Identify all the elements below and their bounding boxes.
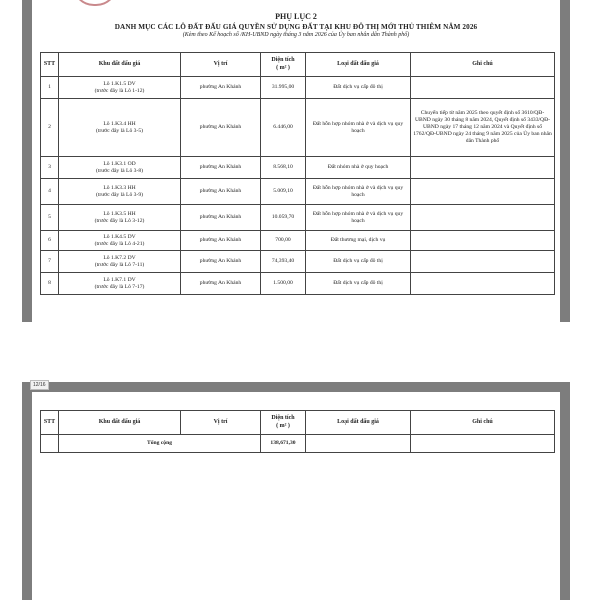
stt-cell: 7 <box>41 251 59 273</box>
lot-cell: Lô 1.K3.4 HH(trước đây là Lô 3-5) <box>59 99 181 157</box>
header-ghi-chu: Ghi chú <box>411 411 555 435</box>
note-cell <box>411 251 555 273</box>
previous-lot-code: (trước đây là Lô 4-21) <box>95 241 145 247</box>
stt-cell: 3 <box>41 157 59 179</box>
pdf-page-2: 12/16 STT Khu đất đấu giá Vị trí Diện tí… <box>22 382 570 600</box>
table-row: 8Lô 1.K7.1 DV(trước đây là Lô 7-17)phườn… <box>41 273 555 295</box>
area-cell: 10.059,70 <box>261 205 306 231</box>
area-cell: 6.446,00 <box>261 99 306 157</box>
lot-code: Lô 1.K3.3 HH <box>103 185 135 191</box>
area-cell: 31.995,00 <box>261 77 306 99</box>
land-type-cell: Đất hỗn hợp nhóm nhà ở và dịch vụ quy ho… <box>306 179 411 205</box>
header-stt: STT <box>41 411 59 435</box>
table-row: 4Lô 1.K3.3 HH(trước đây là Lô 3-9)phường… <box>41 179 555 205</box>
table-header-row: STT Khu đất đấu giá Vị trí Diện tích( m²… <box>41 53 555 77</box>
page-frame-left <box>22 0 32 322</box>
stt-cell: 2 <box>41 99 59 157</box>
total-row: Tổng cộng 138,671,30 <box>41 435 555 453</box>
land-type-cell: Đất dịch vụ cấp đô thị <box>306 77 411 99</box>
note-cell <box>411 179 555 205</box>
land-type-cell: Đất hỗn hợp nhóm nhà ở và dịch vụ quy ho… <box>306 205 411 231</box>
note-cell <box>411 157 555 179</box>
land-type-cell: Đất dịch vụ cấp đô thị <box>306 251 411 273</box>
header-vi-tri: Vị trí <box>181 411 261 435</box>
location-cell: phường An Khánh <box>181 99 261 157</box>
area-cell: 1.500,00 <box>261 273 306 295</box>
stt-cell: 8 <box>41 273 59 295</box>
lot-code: Lô 1.K3.1 OD <box>103 161 135 167</box>
header-dien-tich: Diện tích( m² ) <box>261 53 306 77</box>
lot-cell: Lô 1.K7.2 DV(trước đây là Lô 7-11) <box>59 251 181 273</box>
area-cell: 5.009,10 <box>261 179 306 205</box>
land-type-cell: Đất hỗn hợp nhóm nhà ở và dịch vụ quy ho… <box>306 99 411 157</box>
note-cell: Chuyển tiếp từ năm 2025 theo quyết định … <box>411 99 555 157</box>
table-row: 6Lô 1.K4.5 DV(trước đây là Lô 4-21)phườn… <box>41 231 555 251</box>
header-khu-dat: Khu đất đấu giá <box>59 411 181 435</box>
page-frame-top <box>22 382 570 392</box>
header-khu-dat: Khu đất đấu giá <box>59 53 181 77</box>
previous-lot-code: (trước đây là Lô 3-8) <box>96 168 143 174</box>
stt-cell: 6 <box>41 231 59 251</box>
lot-code: Lô 1.K3.5 HH <box>103 211 135 217</box>
land-type-cell: Đất dịch vụ cấp đô thị <box>306 273 411 295</box>
header-loai-dat: Loại đất đấu giá <box>306 53 411 77</box>
lot-cell: Lô 1.K7.1 DV(trước đây là Lô 7-17) <box>59 273 181 295</box>
location-cell: phường An Khánh <box>181 157 261 179</box>
red-seal-stamp-icon <box>72 0 118 6</box>
lot-code: Lô 1.K7.2 DV <box>103 255 135 261</box>
stt-cell: 5 <box>41 205 59 231</box>
previous-lot-code: (trước đây là Lô 1-12) <box>95 88 145 94</box>
pdf-page-1: PHỤ LỤC 2 DANH MỤC CÁC LÔ ĐẤT ĐẤU GIÁ QU… <box>22 0 570 322</box>
lot-cell: Lô 1.K3.3 HH(trước đây là Lô 3-9) <box>59 179 181 205</box>
stt-cell: 4 <box>41 179 59 205</box>
area-cell: 700,00 <box>261 231 306 251</box>
table-row: 7Lô 1.K7.2 DV(trước đây là Lô 7-11)phườn… <box>41 251 555 273</box>
land-lots-table: STT Khu đất đấu giá Vị trí Diện tích( m²… <box>40 52 555 295</box>
stt-cell: 1 <box>41 77 59 99</box>
header-dien-tich: Diện tích( m² ) <box>261 411 306 435</box>
location-cell: phường An Khánh <box>181 231 261 251</box>
note-cell <box>411 77 555 99</box>
previous-lot-code: (trước đây là Lô 7-17) <box>95 284 145 290</box>
note-cell <box>411 205 555 231</box>
lot-code: Lô 1.K7.1 DV <box>103 277 135 283</box>
document-subtitle: (Kèm theo Kế hoạch số /KH-UBND ngày thán… <box>22 32 570 38</box>
page-frame-right <box>560 382 570 600</box>
header-vi-tri: Vị trí <box>181 53 261 77</box>
page-number-indicator: 12/16 <box>30 380 49 390</box>
header-loai-dat: Loại đất đấu giá <box>306 411 411 435</box>
table-row: 2Lô 1.K3.4 HH(trước đây là Lô 3-5)phường… <box>41 99 555 157</box>
area-cell: 74,393,40 <box>261 251 306 273</box>
lot-cell: Lô 1.K4.5 DV(trước đây là Lô 4-21) <box>59 231 181 251</box>
appendix-title: PHỤ LỤC 2 <box>22 12 570 21</box>
previous-lot-code: (trước đây là Lô 3-12) <box>95 218 145 224</box>
land-type-cell: Đất thương mại, dịch vụ <box>306 231 411 251</box>
note-cell <box>411 231 555 251</box>
total-label: Tổng cộng <box>59 435 261 453</box>
previous-lot-code: (trước đây là Lô 3-9) <box>96 192 143 198</box>
land-lots-table-continued: STT Khu đất đấu giá Vị trí Diện tích( m²… <box>40 410 555 453</box>
area-cell: 8.568,10 <box>261 157 306 179</box>
total-type-cell <box>306 435 411 453</box>
lot-cell: Lô 1.K3.1 OD(trước đây là Lô 3-8) <box>59 157 181 179</box>
table-row: 3Lô 1.K3.1 OD(trước đây là Lô 3-8)phường… <box>41 157 555 179</box>
location-cell: phường An Khánh <box>181 205 261 231</box>
document-title: DANH MỤC CÁC LÔ ĐẤT ĐẤU GIÁ QUYỀN SỬ DỤN… <box>22 23 570 31</box>
lot-code: Lô 1.K4.5 DV <box>103 234 135 240</box>
lot-cell: Lô 1.K3.5 HH(trước đây là Lô 3-12) <box>59 205 181 231</box>
previous-lot-code: (trước đây là Lô 7-11) <box>95 262 145 268</box>
location-cell: phường An Khánh <box>181 273 261 295</box>
total-stt-cell <box>41 435 59 453</box>
header-ghi-chu: Ghi chú <box>411 53 555 77</box>
location-cell: phường An Khánh <box>181 179 261 205</box>
lot-code: Lô 1.K1.5 DV <box>103 81 135 87</box>
land-type-cell: Đất nhóm nhà ở quy hoạch <box>306 157 411 179</box>
location-cell: phường An Khánh <box>181 77 261 99</box>
table-row: 1Lô 1.K1.5 DV(trước đây là Lô 1-12)phườn… <box>41 77 555 99</box>
location-cell: phường An Khánh <box>181 251 261 273</box>
previous-lot-code: (trước đây là Lô 3-5) <box>96 128 143 134</box>
lot-code: Lô 1.K3.4 HH <box>103 121 135 127</box>
header-stt: STT <box>41 53 59 77</box>
page-frame-left <box>22 382 32 600</box>
table-row: 5Lô 1.K3.5 HH(trước đây là Lô 3-12)phườn… <box>41 205 555 231</box>
total-area: 138,671,30 <box>261 435 306 453</box>
lot-cell: Lô 1.K1.5 DV(trước đây là Lô 1-12) <box>59 77 181 99</box>
page-frame-right <box>560 0 570 322</box>
table-header-row: STT Khu đất đấu giá Vị trí Diện tích( m²… <box>41 411 555 435</box>
total-note-cell <box>411 435 555 453</box>
note-cell <box>411 273 555 295</box>
